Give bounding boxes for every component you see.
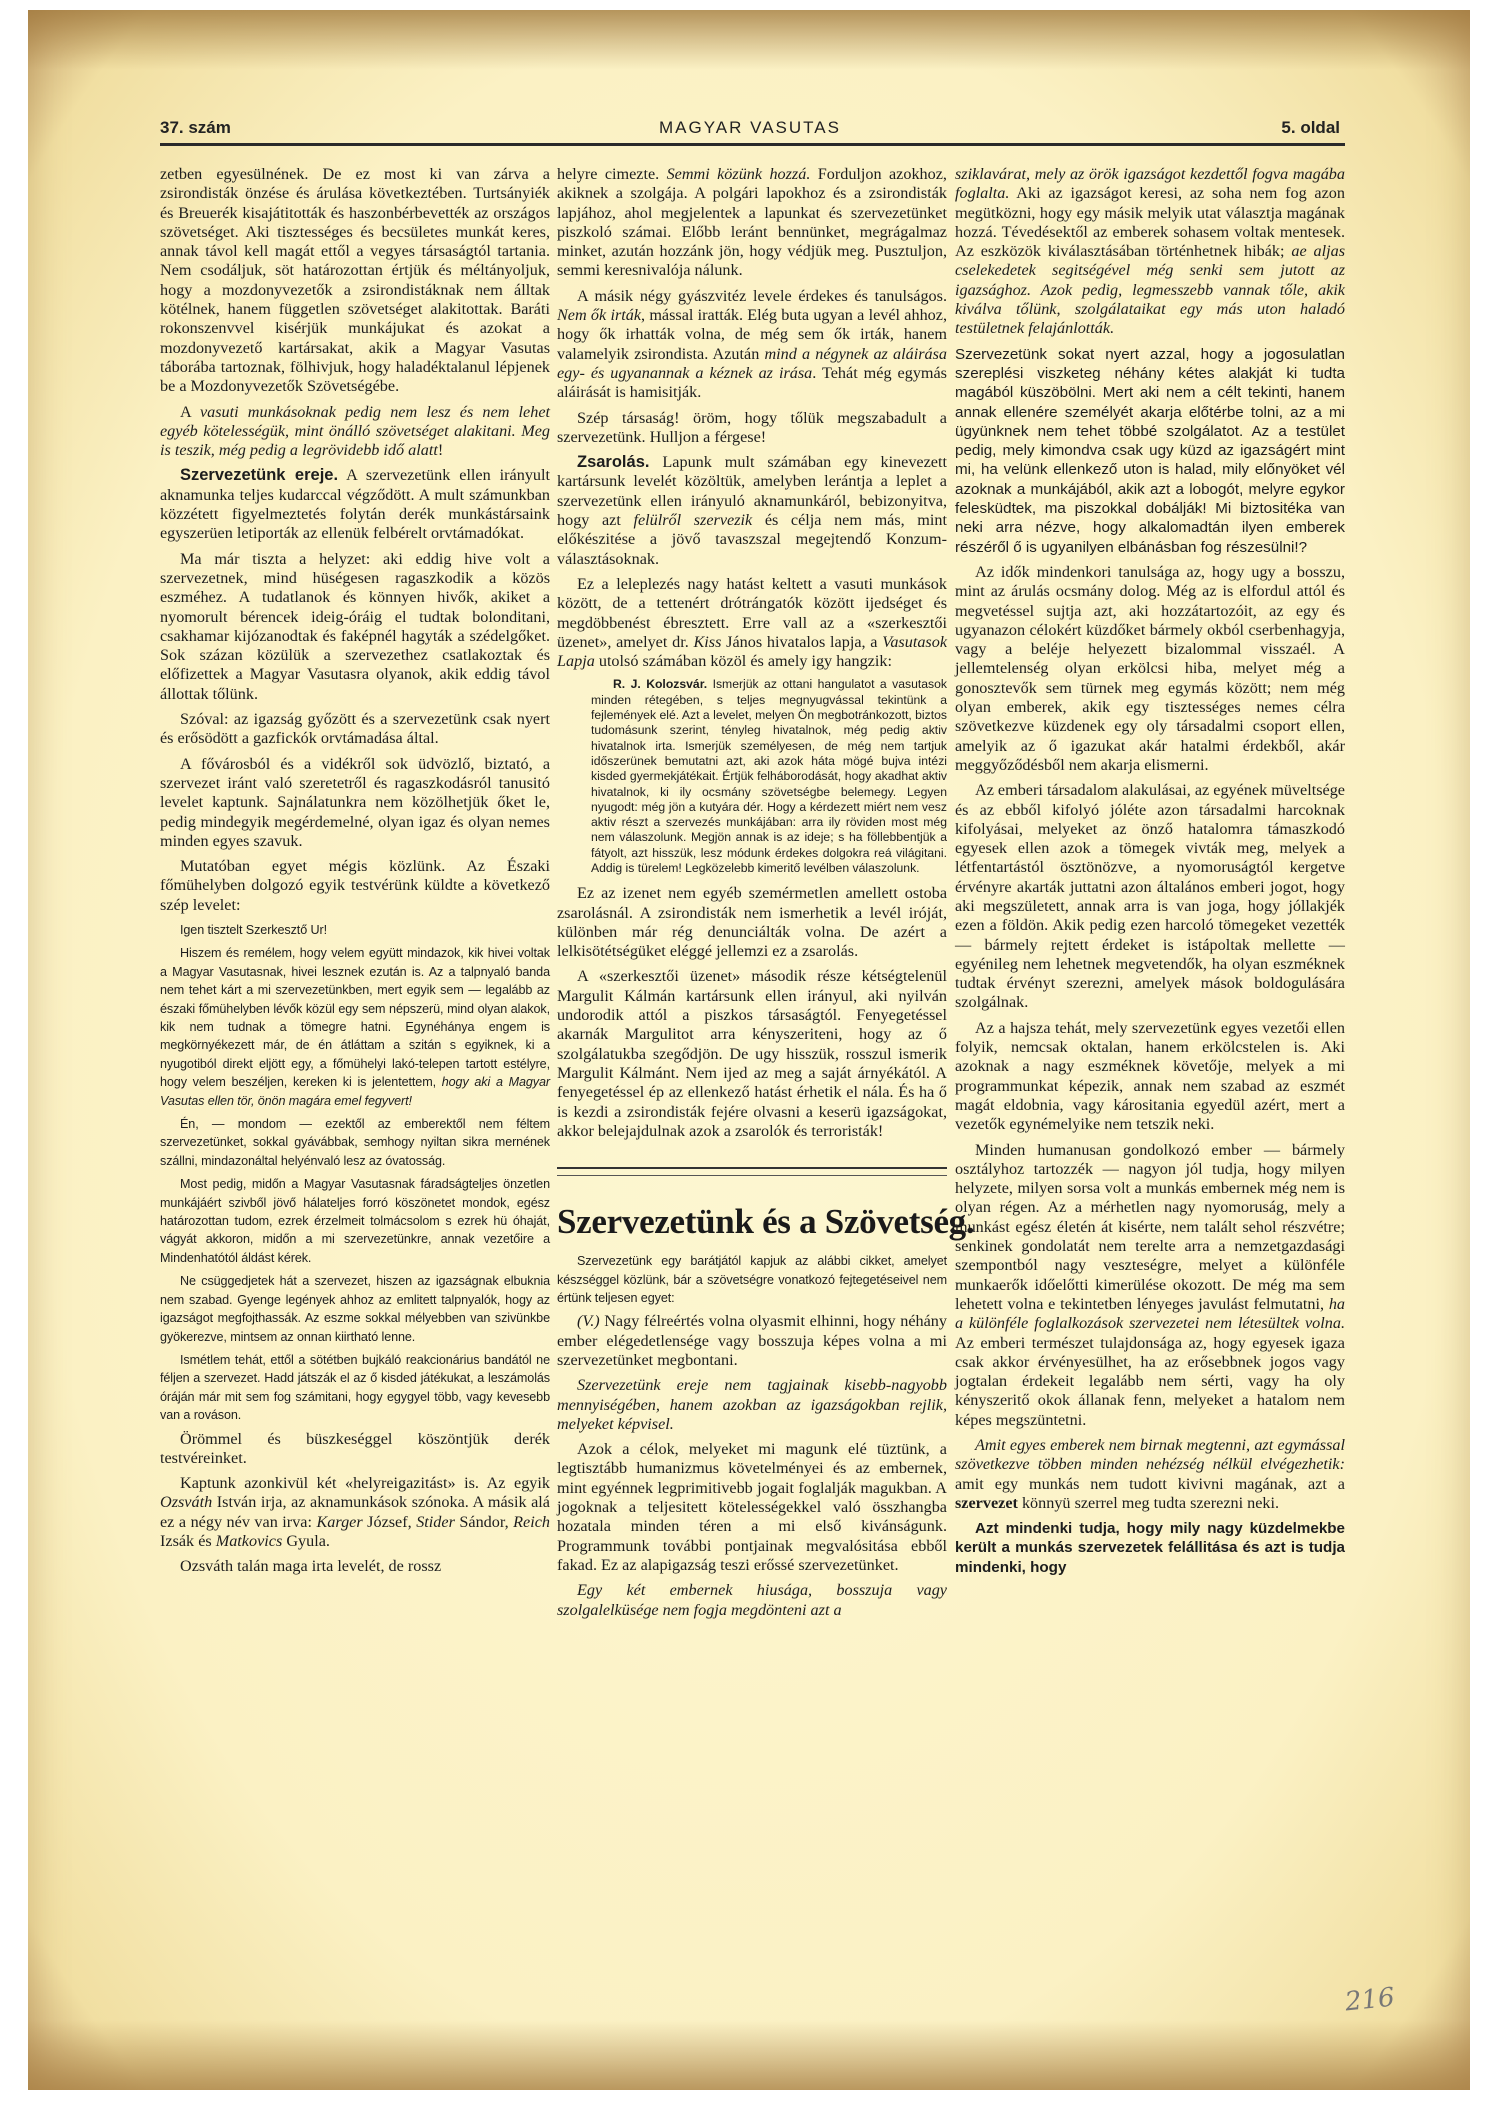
text-run: Ozsváth xyxy=(160,1493,212,1511)
text-run: Szóval: az igazság győzött és a szerveze… xyxy=(160,710,550,747)
text-run: Reich xyxy=(513,1513,550,1531)
text-run: A xyxy=(180,403,200,421)
column-left: zetben egyesülnének. De ez most ki van z… xyxy=(160,165,550,1583)
section-lead: Zsarolás. xyxy=(577,453,649,471)
text-run: utolsó számában közöl és amely igy hangz… xyxy=(595,652,892,670)
paragraph: Igen tisztelt Szerkesztő Ur! xyxy=(160,921,550,939)
header-rule xyxy=(160,143,1345,146)
paragraph: Az a hajsza tehát, mely szervezetünk egy… xyxy=(955,1019,1345,1135)
text-run: Most pedig, midőn a Magyar Vasutasnak fá… xyxy=(160,1177,550,1265)
page-number: 5. oldal xyxy=(1281,118,1340,138)
paragraph: Zsarolás. Lapunk mult számában egy kinev… xyxy=(557,453,947,569)
paragraph: Szervezetünk ereje. A szervezetünk ellen… xyxy=(160,466,550,543)
handwritten-page-note: 216 xyxy=(1344,1982,1397,2017)
text-run: Azt mindenki tudja, hogy mily nagy küzde… xyxy=(955,1520,1345,1576)
text-run: Matkovics xyxy=(216,1532,283,1550)
paragraph: Az idők mindenkori tanulsága az, hogy ug… xyxy=(955,563,1345,775)
text-run: Örömmel és büszkeséggel köszöntjük derék… xyxy=(160,1430,550,1467)
text-run: Sándor, xyxy=(455,1513,513,1531)
paragraph: Az emberi társadalom alakulásai, az egyé… xyxy=(955,781,1345,1013)
text-run: Szervezetünk ereje nem tagjainak kisebb-… xyxy=(557,1376,947,1433)
column-middle: helyre cimezte. Semmi közünk hozzá. Ford… xyxy=(557,165,947,1626)
text-run: Az a hajsza tehát, mely szervezetünk egy… xyxy=(955,1019,1345,1133)
paragraph: Ma már tiszta a helyzet: aki eddig hive … xyxy=(160,550,550,704)
text-run: Minden humanusan gondolkozó ember — bárm… xyxy=(955,1141,1345,1313)
text-run: Gyula. xyxy=(282,1532,330,1550)
paragraph: Szervezetünk ereje nem tagjainak kisebb-… xyxy=(557,1376,947,1434)
text-run: helyre cimezte. xyxy=(557,165,667,183)
text-run: Amit egyes emberek nem birnak megtenni, … xyxy=(955,1436,1345,1473)
paragraph: Amit egyes emberek nem birnak megtenni, … xyxy=(955,1436,1345,1513)
text-run: Nagy félreértés volna olyasmit elhinni, … xyxy=(557,1312,947,1369)
text-run: Az emberi társadalom alakulásai, az egyé… xyxy=(955,781,1345,1011)
paragraph: Szóval: az igazság győzött és a szerveze… xyxy=(160,710,550,749)
paragraph: Azt mindenki tudja, hogy mily nagy küzde… xyxy=(955,1519,1345,1577)
paragraph: sziklavárat, mely az örök igazságot kezd… xyxy=(955,165,1345,339)
text-run: Ismétlem tehát, ettől a sötétben bujkáló… xyxy=(160,1353,550,1422)
paragraph: Most pedig, midőn a Magyar Vasutasnak fá… xyxy=(160,1175,550,1267)
text-run: Ismerjük az ottani hangulatot a vasutaso… xyxy=(591,677,947,875)
paragraph: Ez a leleplezés nagy hatást keltett a va… xyxy=(557,575,947,671)
text-run: könnyü szerrel meg tudta szerezni neki. xyxy=(1018,1494,1279,1512)
paragraph: Én, — mondom — ezektől az emberektől nem… xyxy=(160,1115,550,1170)
text-run: János hivatalos lapja, a xyxy=(721,633,882,651)
text-run: Ne csüggedjetek hát a szervezet, hiszen … xyxy=(160,1274,550,1343)
paragraph: Mutatóban egyet mégis közlünk. Az Északi… xyxy=(160,857,550,915)
paragraph: A «szerkesztői üzenet» második része két… xyxy=(557,967,947,1141)
text-run: zetben egyesülnének. De ez most ki van z… xyxy=(160,165,550,395)
paragraph: Ne csüggedjetek hát a szervezet, hiszen … xyxy=(160,1272,550,1346)
text-run: Ozsváth talán maga irta levelét, de ross… xyxy=(180,1557,441,1575)
text-run: amit egy munkás nem tudott kivivni magán… xyxy=(955,1475,1345,1493)
paragraph: Szervezetünk sokat nyert azzal, hogy a j… xyxy=(955,345,1345,557)
text-run: Igen tisztelt Szerkesztő Ur! xyxy=(180,923,327,937)
text-run: Mutatóban egyet mégis közlünk. Az Északi… xyxy=(160,857,550,914)
text-run: Az idők mindenkori tanulsága az, hogy ug… xyxy=(955,563,1345,774)
text-run: Kiss xyxy=(694,633,722,651)
page-header: 37. szám MAGYAR VASUTAS 5. oldal xyxy=(160,118,1340,140)
text-run: Ma már tiszta a helyzet: aki eddig hive … xyxy=(160,550,550,703)
paragraph: Egy két embernek hiusága, bosszuja vagy … xyxy=(557,1581,947,1620)
text-run: szervezet xyxy=(955,1494,1018,1512)
paragraph: zetben egyesülnének. De ez most ki van z… xyxy=(160,165,550,397)
text-run: Szervezetünk egy barátjától kapjuk az al… xyxy=(557,1254,947,1305)
section-divider xyxy=(557,1167,947,1176)
text-run: Az emberi természet tulajdonsága az, hog… xyxy=(955,1334,1345,1429)
paragraph: Örömmel és büszkeséggel köszöntjük derék… xyxy=(160,1430,550,1469)
paragraph: Ez az izenet nem egyéb szemérmetlen amel… xyxy=(557,884,947,961)
publication-title: MAGYAR VASUTAS xyxy=(160,118,1340,138)
paragraph: Szervezetünk egy barátjától kapjuk az al… xyxy=(557,1252,947,1307)
paragraph: (V.) Nagy félreértés volna olyasmit elhi… xyxy=(557,1312,947,1370)
paragraph: A vasuti munkásoknak pedig nem lesz és n… xyxy=(160,403,550,461)
text-run: Egy két embernek hiusága, bosszuja vagy … xyxy=(557,1581,947,1618)
text-run: Aki az igazságot keresi, az soha nem fog… xyxy=(955,184,1345,260)
text-run: Azok a célok, melyeket mi magunk elé tüz… xyxy=(557,1440,947,1574)
paragraph: Ozsváth talán maga irta levelét, de ross… xyxy=(160,1557,550,1576)
text-run: A másik négy gyászvitéz levele érdekes é… xyxy=(577,287,947,305)
text-run: Izsák és xyxy=(160,1532,216,1550)
text-run: József, xyxy=(363,1513,417,1531)
paragraph: R. J. Kolozsvár. Ismerjük az ottani hang… xyxy=(591,677,947,876)
text-run: Semmi közünk hozzá. xyxy=(667,165,811,183)
text-run: vasuti munkásoknak pedig nem lesz és nem… xyxy=(160,403,550,460)
column-right: sziklavárat, mely az örök igazságot kezd… xyxy=(955,165,1345,1583)
text-run: Szép társaság! öröm, hogy tőlük megszaba… xyxy=(557,409,947,446)
paragraph: A másik négy gyászvitéz levele érdekes é… xyxy=(557,287,947,403)
text-run: Nem ők irták xyxy=(557,306,641,324)
text-run: (V.) xyxy=(577,1312,600,1330)
text-run: Kaptunk azonkivül két «helyreigazitást» … xyxy=(180,1474,550,1492)
text-run: Hiszem és remélem, hogy velem együtt min… xyxy=(160,946,550,1089)
text-run: Karger xyxy=(317,1513,363,1531)
article-title: Szervezetünk és a Szövetség. xyxy=(557,1202,947,1242)
paragraph: Ismétlem tehát, ettől a sötétben bujkáló… xyxy=(160,1351,550,1425)
paragraph: A fővárosból és a vidékről sok üdvözlő, … xyxy=(160,755,550,851)
text-run: ! xyxy=(438,441,443,459)
text-run: A «szerkesztői üzenet» második része két… xyxy=(557,967,947,1139)
text-run: Stider xyxy=(416,1513,455,1531)
text-run: A fővárosból és a vidékről sok üdvözlő, … xyxy=(160,755,550,850)
text-run: R. J. Kolozsvár. xyxy=(613,677,707,691)
text-run: Mert aki nem a célt tekinti, hanem annak… xyxy=(955,384,1345,555)
text-run: Ez az izenet nem egyéb szemérmetlen amel… xyxy=(557,884,947,960)
paragraph: Minden humanusan gondolkozó ember — bárm… xyxy=(955,1141,1345,1430)
section-lead: Szervezetünk ereje. xyxy=(180,466,338,484)
paragraph: Hiszem és remélem, hogy velem együtt min… xyxy=(160,944,550,1110)
paragraph: Azok a célok, melyeket mi magunk elé tüz… xyxy=(557,1440,947,1575)
paragraph: Szép társaság! öröm, hogy tőlük megszaba… xyxy=(557,409,947,448)
text-run: felülről szervezik xyxy=(633,511,752,529)
paragraph: helyre cimezte. Semmi közünk hozzá. Ford… xyxy=(557,165,947,281)
text-run: Én, — mondom — ezektől az emberektől nem… xyxy=(160,1117,550,1168)
paragraph: Kaptunk azonkivül két «helyreigazitást» … xyxy=(160,1474,550,1551)
